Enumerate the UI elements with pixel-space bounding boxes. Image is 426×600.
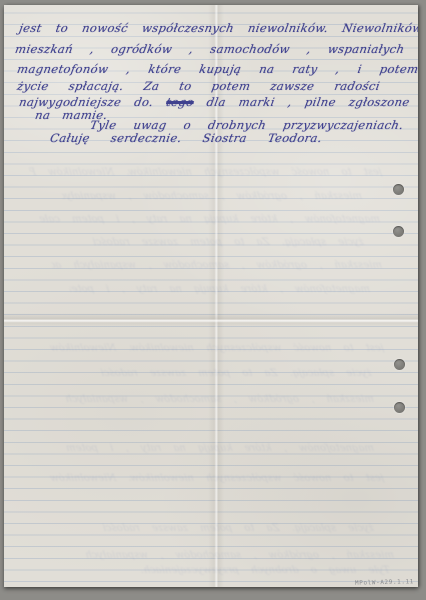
handwriting-line: magnetofonów , które kupują na raty , i … <box>16 62 418 76</box>
bleed-through-text: Tyle uwag o drobnych przyzwyczajeniach. <box>121 565 391 576</box>
bleed-through-text: życie spłacają. Za to potem zawsze radoś… <box>91 368 373 379</box>
bleed-through-text: mieszkań , ogródków , samochodów , wspan… <box>81 550 395 561</box>
punch-hole <box>393 184 404 195</box>
handwriting-line: życie spłacają. Za to potem zawsze radoś… <box>16 79 381 93</box>
handwriting-segment: najwygodniejsze do. <box>18 95 155 109</box>
scanned-letter: jest to nowość współczesnych niewolników… <box>0 0 426 600</box>
handwriting-line: najwygodniejsze do. tego dla marki , pil… <box>18 95 411 109</box>
handwriting-signature-line: Całuję serdecznie. Siostra Teodora. <box>49 131 323 145</box>
inventory-number: MPolW-A29.1.11 <box>355 578 414 587</box>
punch-hole <box>394 359 405 370</box>
crossed-out-word: tego <box>165 95 195 109</box>
punch-hole <box>394 402 405 413</box>
punch-hole <box>393 226 404 237</box>
horizontal-fold-crease <box>4 313 418 327</box>
letter-page: jest to nowość współczesnych niewolników… <box>4 5 418 587</box>
bleed-through-text: jest to nowość współczesnych niewolników… <box>29 167 383 178</box>
handwriting-line: Tyle uwag o drobnych przyzwyczajeniach. <box>89 118 405 132</box>
handwriting-line: mieszkań , ogródków , samochodów , wspan… <box>14 42 418 56</box>
handwriting-line: jest to nowość współczesnych niewolników… <box>18 21 418 35</box>
handwriting-segment: dla marki , pilne zgłoszone <box>205 95 410 109</box>
bleed-through-text: życie spłacają. Za to potem zawsze radoś… <box>73 523 375 534</box>
